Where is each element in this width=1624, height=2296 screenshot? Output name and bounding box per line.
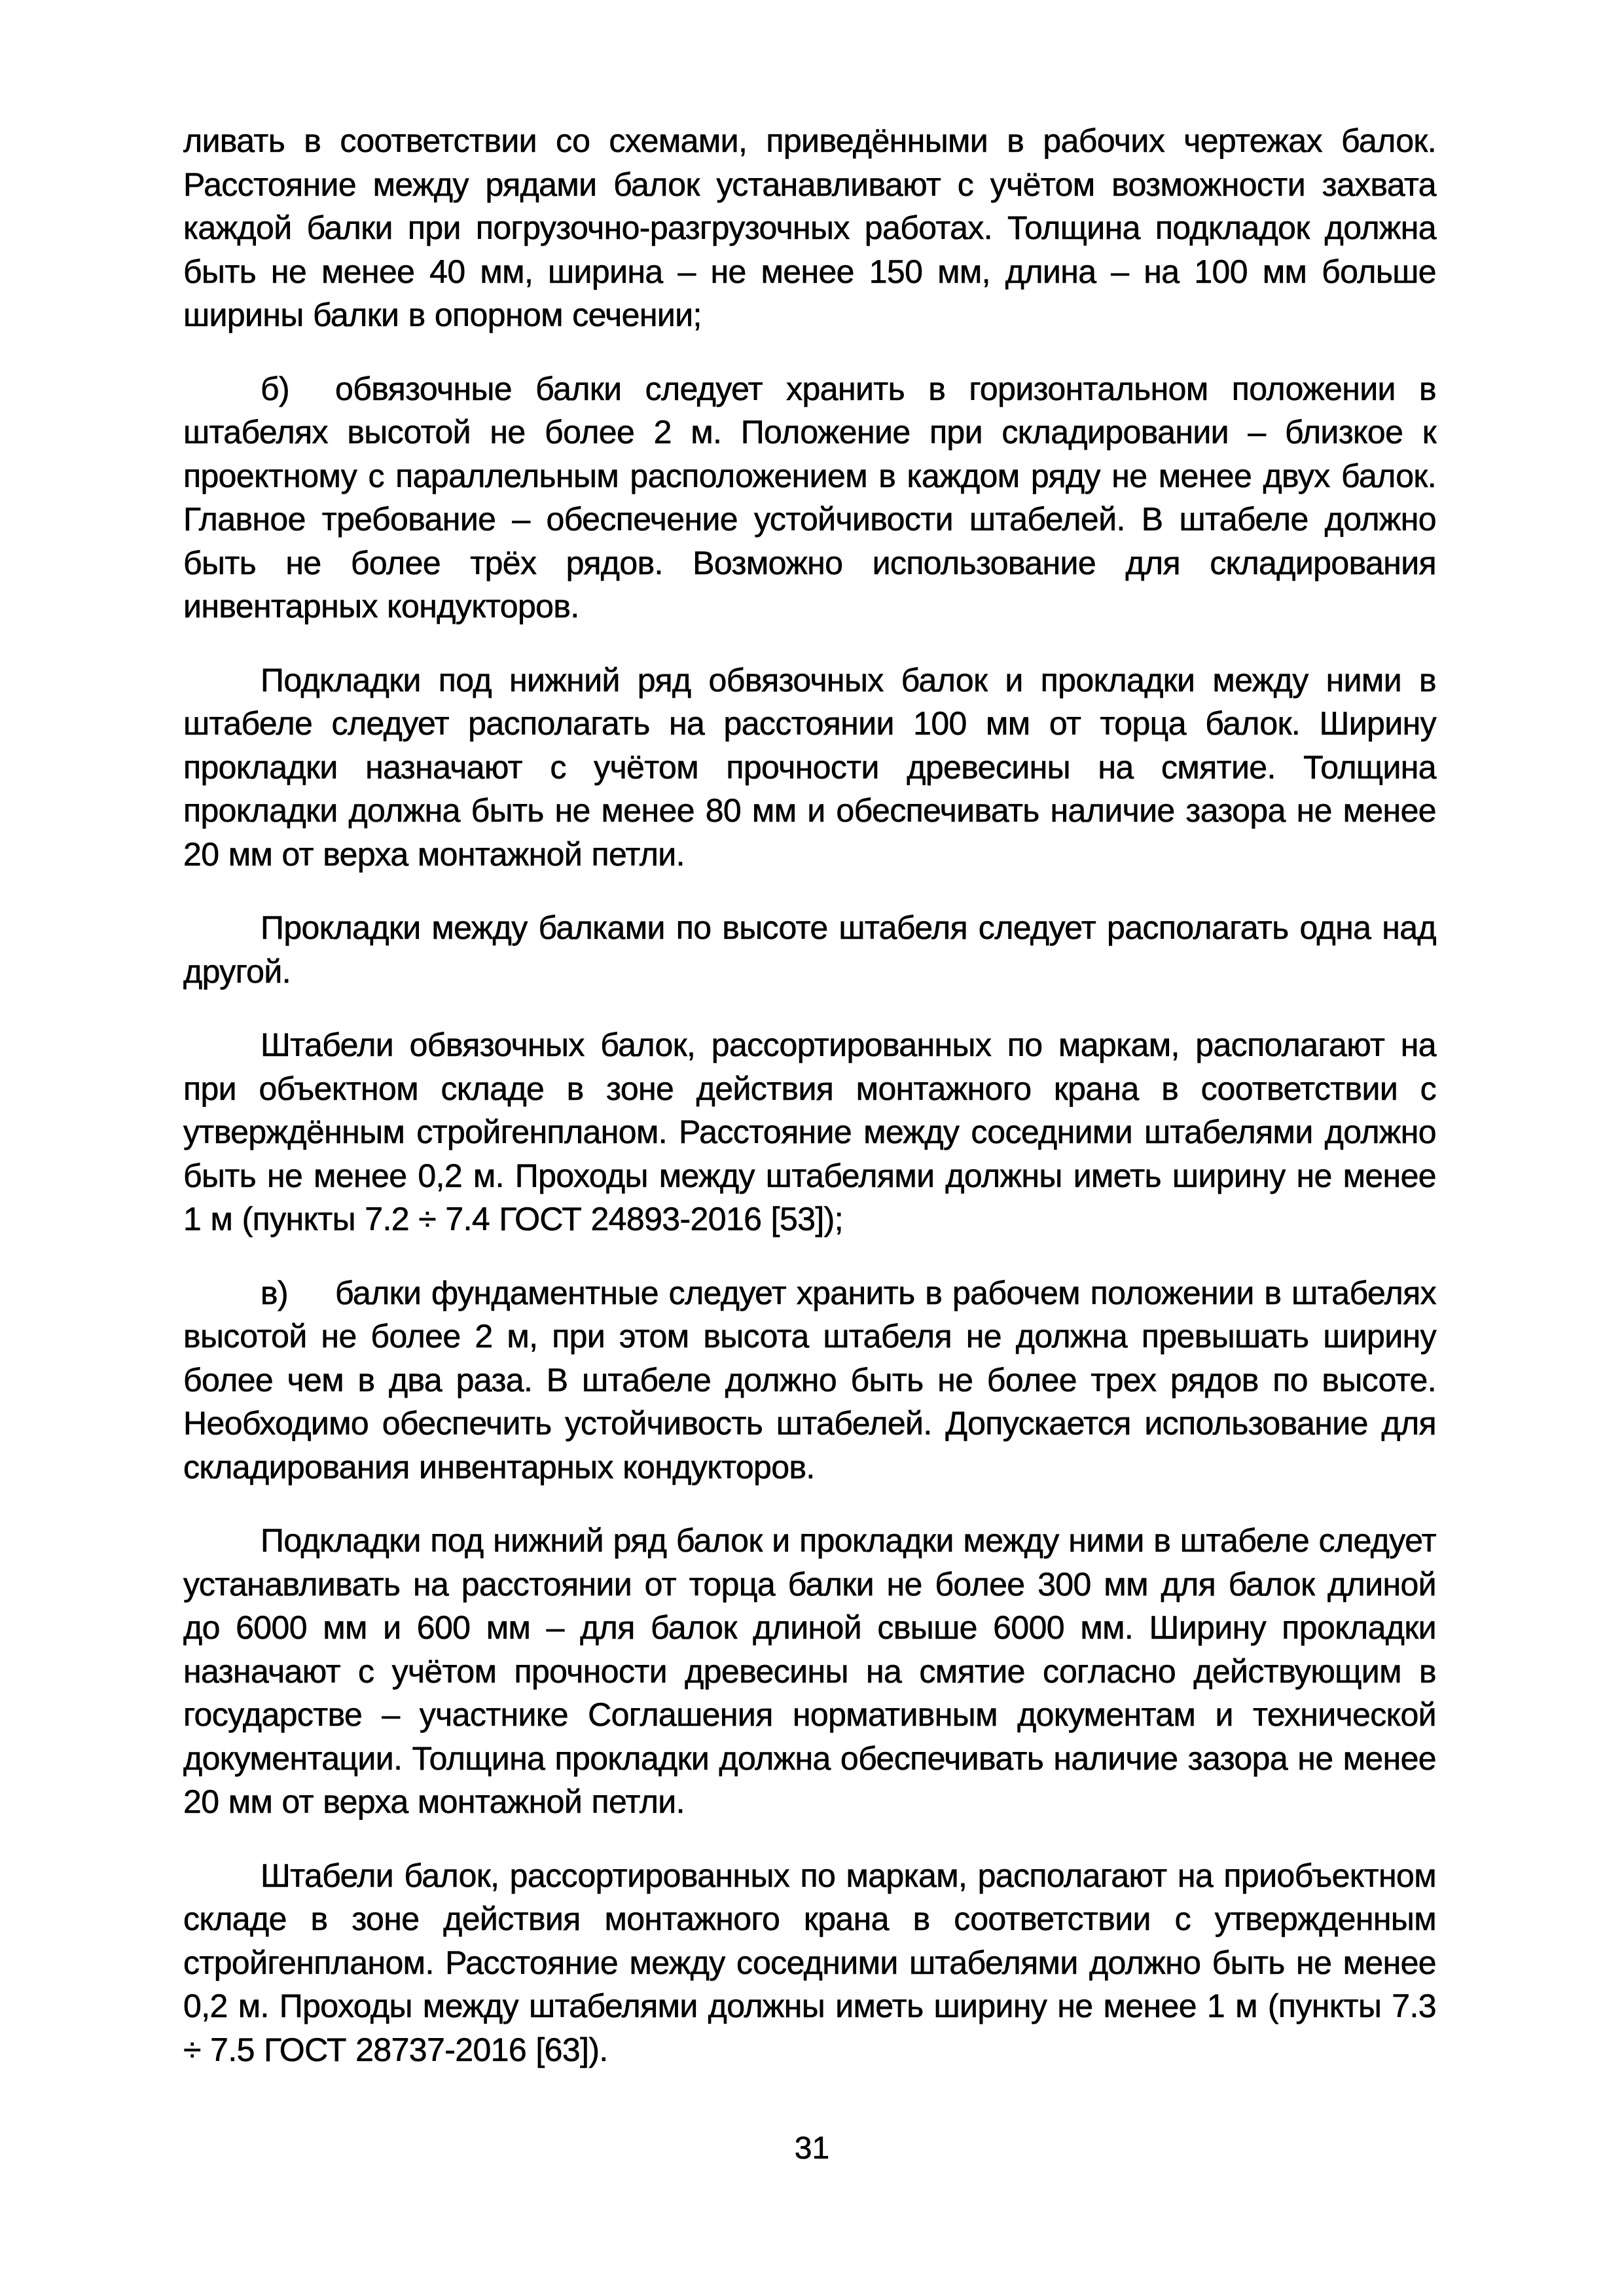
list-item-v: в)балки фундаментные следует хранить в р… <box>183 1271 1436 1489</box>
list-item-text: обвязочные балки следует хранить в гориз… <box>183 371 1436 625</box>
paragraph-spacer <box>183 337 1436 367</box>
paragraph-foundation-stacks: Штабели балок, рассортированных по марка… <box>183 1854 1436 2072</box>
paragraph-spacers-alignment: Прокладки между балками по высоте штабел… <box>183 906 1436 993</box>
paragraph-spacer <box>183 1824 1436 1854</box>
paragraph-spacer <box>183 1241 1436 1271</box>
list-item-text: балки фундаментные следует хранить в раб… <box>183 1275 1436 1485</box>
paragraph-spacer <box>183 1489 1436 1519</box>
paragraph-bearing-pads: Подкладки под нижний ряд обвязочных бало… <box>183 659 1436 877</box>
list-item-label: в) <box>261 1271 335 1315</box>
paragraph-spacer <box>183 629 1436 659</box>
paragraph-stack-placement: Штабели обвязочных балок, рассортированн… <box>183 1023 1436 1241</box>
paragraph-continuation: ливать в соответствии со схемами, привед… <box>183 119 1436 337</box>
paragraph-foundation-pads: Подкладки под нижний ряд балок и проклад… <box>183 1519 1436 1824</box>
paragraph-spacer <box>183 993 1436 1023</box>
page-number: 31 <box>0 2129 1624 2168</box>
list-item-label: б) <box>261 367 335 411</box>
paragraph-spacer <box>183 876 1436 906</box>
document-page: ливать в соответствии со схемами, привед… <box>183 119 1436 2071</box>
list-item-b: б)обвязочные балки следует хранить в гор… <box>183 367 1436 629</box>
